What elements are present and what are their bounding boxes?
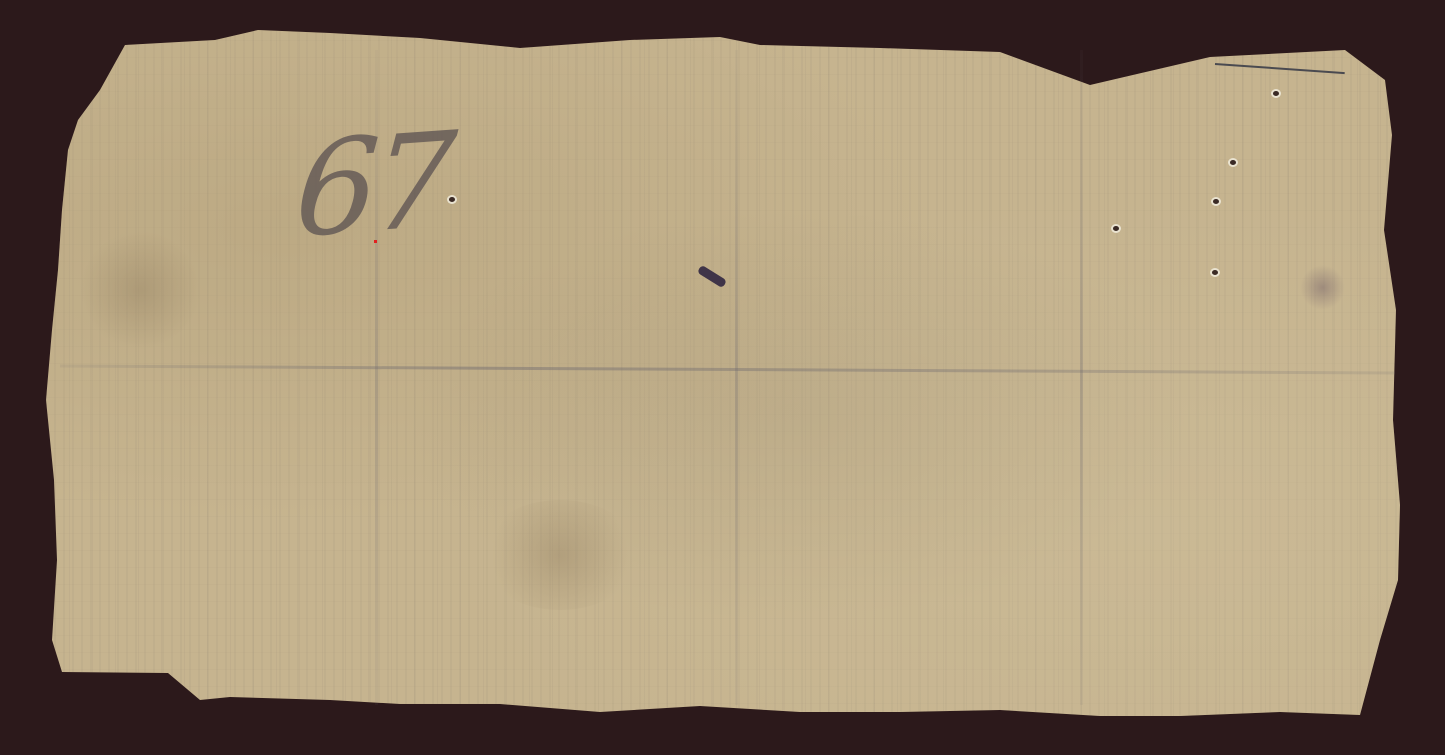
stain [480,500,640,610]
stain [1300,265,1345,310]
pinhole [1212,270,1218,275]
old-banknote-paper [0,0,1445,755]
red-speck [374,240,377,243]
stain [80,230,200,350]
pinhole [1273,91,1279,96]
photo-background: 67 [0,0,1445,755]
pinhole [1213,199,1219,204]
vertical-fold-line [735,50,738,705]
pinhole [449,197,455,202]
pinhole [1113,226,1119,231]
pinhole [1230,160,1236,165]
vertical-fold-line [1080,50,1083,705]
handwritten-number: 67 [292,114,454,256]
